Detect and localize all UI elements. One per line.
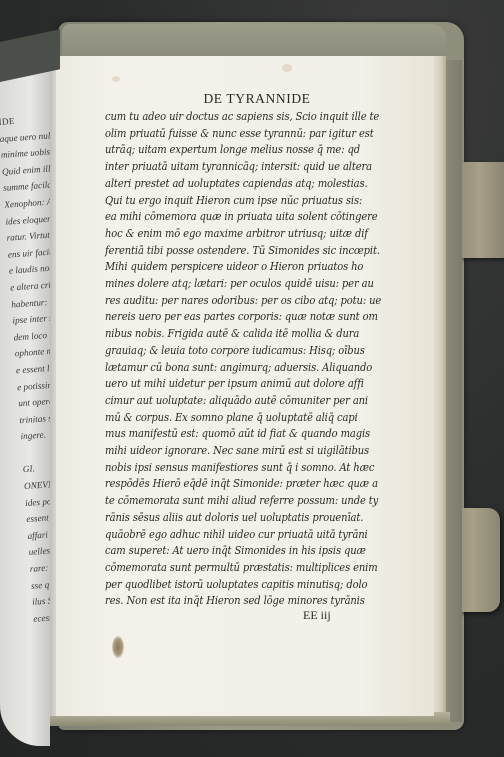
left-line: unt opera que — [18, 392, 50, 412]
right-page-text-block: DE TYRANNIDE cum tu adeo uir doctus ac s… — [105, 92, 395, 609]
left-page-text: IDE aque uero nulli d minime uobis eri Q… — [0, 110, 50, 627]
left-line: ides poete alic — [25, 491, 50, 511]
left-line: uelles inquit — [28, 541, 50, 561]
left-line: essent q; uns — [26, 508, 50, 528]
text-line: olim priuatū fuisse & nunc esse tyrannū:… — [105, 125, 354, 142]
text-line: alteri prestet ad uoluptates capiendas a… — [105, 175, 354, 192]
text-line: hoc & enim mō ego maxime arbitror utrius… — [105, 225, 354, 242]
left-line: e potissimum — [17, 375, 50, 395]
left-line: rare: q; uerbis — [29, 557, 50, 577]
left-line: ecessē possunt — [33, 607, 50, 627]
foxing-spot — [282, 64, 292, 72]
text-line: inter priuatā uitam tyrannicāq; intersit… — [105, 158, 354, 175]
text-line: mū & corpus. Ex somno plane q̄ uoluptatē… — [105, 409, 354, 426]
text-line: ea mihi cōmemora quæ in priuata uita sol… — [105, 208, 354, 225]
text-line: per quodlibet istorū uoluptates capitis … — [105, 576, 354, 593]
upper-clasp — [455, 162, 504, 258]
left-line: e altera crimin — [10, 276, 50, 296]
text-line: grauiaq; & leuia toto corpore iudicamus:… — [105, 342, 354, 359]
text-line: uero ut mihi uidetur per ipsum animū aut… — [105, 375, 354, 392]
left-line: ingere. — [20, 425, 50, 445]
text-line: quāobrē ego adhuc nihil uideo cur priuat… — [105, 526, 354, 543]
text-line: res auditu: per nares odoribus: per os c… — [105, 292, 354, 309]
text-line: ferentiā tibi posse ostendere. Tū Simoni… — [105, 242, 354, 259]
text-line: cōmemorata sunt permultū præstatis: mult… — [105, 559, 354, 576]
text-line: mines dolere atq; lætari: per oculos qui… — [105, 275, 354, 292]
text-line: res. Non est ita inq̄t Hieron sed lōge m… — [105, 592, 354, 609]
left-line: e essent labores — [15, 359, 50, 379]
text-line: cum tu adeo uir doctus ac sapiens sis, S… — [105, 108, 354, 125]
text-line: utrāq; uitam expertum longe melius nosse… — [105, 141, 354, 158]
text-line: cam superet: At uero inq̄t Simonides in … — [105, 542, 354, 559]
left-line: ONEVM TY — [23, 475, 50, 495]
page-block-edge — [432, 56, 446, 716]
signature-mark: EE iij — [303, 608, 331, 623]
text-line: mihi uideor ignorare. Nec sane mirū est … — [105, 442, 354, 459]
left-line: trinitas studio — [19, 408, 50, 428]
left-line: sse q; nūc est — [30, 574, 50, 594]
text-line: nobis ipsi sensus manifestiores sunt q̄ … — [105, 459, 354, 476]
text-line: Qui tu ergo inquit Hieron cum ipse nūc p… — [105, 192, 354, 209]
text-line: nibus nobis. Frigida autē & calida itē m… — [105, 325, 354, 342]
text-line: mus manifestū est: quomō aūt id fiat & q… — [105, 425, 354, 442]
left-line: ipse inter sese — [12, 309, 50, 329]
left-line: GI. — [22, 458, 50, 478]
book-top-edge — [62, 24, 446, 58]
text-line: rānis sēsus aliis aut doloris uel uolupt… — [105, 509, 354, 526]
cover-edge — [446, 60, 462, 722]
foxing-spot — [112, 76, 120, 82]
ink-stain — [112, 636, 124, 658]
left-page: IDE aque uero nulli d minime uobis eri Q… — [0, 56, 50, 746]
text-line: respōdēs Hierō eq̄dē inq̄t Simonide: præ… — [105, 475, 354, 492]
left-line: ilus Simonides — [32, 590, 50, 610]
text-line: te cōmemorata sunt mihi aliud referre po… — [105, 492, 354, 509]
running-head: DE TYRANNIDE — [119, 92, 395, 106]
text-line: nereis uero per eas partes corporis: quæ… — [105, 308, 354, 325]
left-line: affari cœpit — [27, 524, 50, 544]
text-line: Mihi quidem perspicere uideor o Hieron p… — [105, 258, 354, 275]
text-line: cimur aut uoluptate: aliquādo autē cōmun… — [105, 392, 354, 409]
text-line: lætamur cū bona sunt: angimurq; aduersis… — [105, 359, 354, 376]
